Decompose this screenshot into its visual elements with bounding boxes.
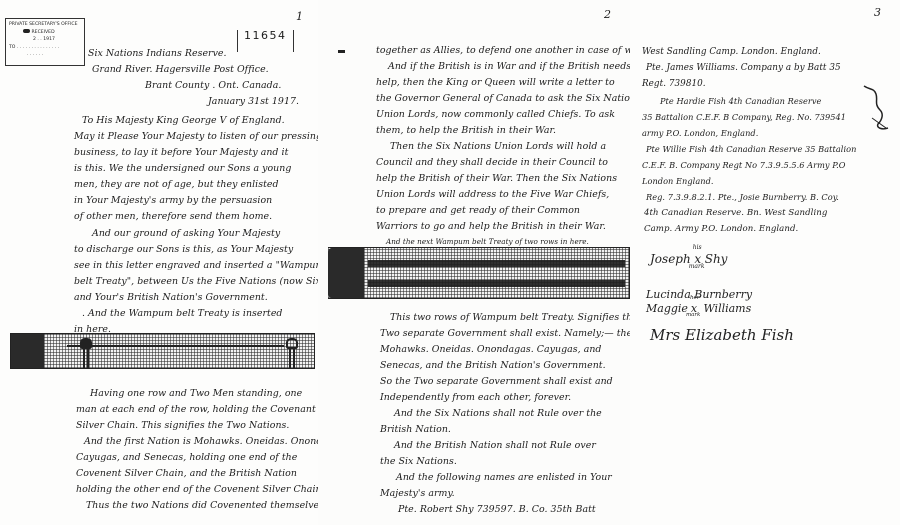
body-line: British Nation.: [380, 422, 451, 438]
body-line: Thus the two Nations did Covenented them…: [86, 498, 327, 514]
body-line: London England.: [642, 174, 714, 190]
body-line: Union Lords will address to the Five War…: [376, 187, 609, 203]
body-line: 35 Battalion C.E.F. B Company, Reg. No. …: [642, 110, 846, 126]
body-line: This two rows of Wampum belt Treaty. Sig…: [390, 310, 638, 326]
wampum-belt-two-rows: [328, 247, 630, 299]
body-line: Regt. 739810.: [642, 77, 706, 93]
body-line: belt Treaty", between Us the Five Nation…: [74, 274, 325, 290]
stamp-line: RECEIVED: [9, 29, 81, 37]
body-line: business, to lay it before Your Majesty …: [74, 145, 288, 161]
body-line: them, to help the British in their War.: [376, 123, 556, 139]
body-line: Union Lords, now commonly called Chiefs.…: [376, 107, 615, 123]
body-line: 4th Canadian Reserve. Bn. West Sandling: [644, 206, 827, 222]
address-line: Brant County . Ont. Canada.: [145, 78, 281, 94]
body-line: to discharge our Sons is this, as Your M…: [74, 242, 293, 258]
body-line: help, then the King or Queen will write …: [376, 75, 615, 91]
body-line: And the first Nation is Mohawks. Oneidas…: [84, 434, 345, 450]
body-line: Cayugas, and Senecas, holding one end of…: [76, 450, 297, 466]
address-line: Grand River. Hagersville Post Office.: [92, 62, 269, 78]
enlistee-entry: Reg. 7.3.9.8.2.1. Pte., Josie Burnberry.…: [646, 190, 839, 206]
wampum-belt-one-row: [10, 333, 315, 369]
body-line: men, they are not of age, but they enlis…: [74, 177, 279, 193]
body-line: Independently from each other, forever.: [380, 390, 571, 406]
body-line: Council and they shall decide in their C…: [376, 155, 608, 171]
stamp-line: 2 . . 1917: [9, 36, 81, 44]
body-line: Senecas, and the British Nation's Govern…: [380, 358, 606, 374]
stamp-line: TO . . . . . . . . . . . . . . .: [9, 44, 81, 52]
body-line: to prepare and get ready of their Common: [376, 203, 580, 219]
page-number: 3: [874, 6, 881, 19]
standing-man-figure: [283, 338, 301, 368]
letter-page-2-lower: This two rows of Wampum belt Treaty. Sig…: [318, 300, 630, 525]
belt-end-dark: [328, 248, 364, 298]
body-line: army P.O. London, England.: [642, 126, 758, 142]
body-line: the Six Nations.: [380, 454, 457, 470]
body-line: . And the Wampum belt Treaty is inserted: [82, 306, 283, 322]
stamp-line: PRIVATE SECRETARY'S OFFICE: [9, 21, 81, 29]
letter-page-1: PRIVATE SECRETARY'S OFFICE RECEIVED 2 . …: [0, 0, 318, 525]
file-number: 11654: [237, 30, 294, 52]
body-line: in Your Majesty's army by the persuasion: [74, 193, 272, 209]
standing-man-figure: [77, 338, 95, 368]
margin-bracket-mark: [862, 84, 892, 134]
body-line: holding the other end of the Covenent Si…: [76, 482, 325, 498]
body-line: And the following names are enlisted in …: [396, 470, 612, 486]
body-line: see in this letter engraved and inserted…: [74, 258, 324, 274]
signature-joseph-shy: JosephhisxmarkShy: [650, 252, 727, 266]
body-line: So the Two separate Government shall exi…: [380, 374, 613, 390]
body-line: And the British Nation shall not Rule ov…: [394, 438, 596, 454]
body-line: Two separate Government shall exist. Nam…: [380, 326, 632, 342]
enlistee-entry: Pte Willie Fish 4th Canadian Reserve 35 …: [646, 142, 856, 158]
body-line: the Governor General of Canada to ask th…: [376, 91, 636, 107]
body-line: And our ground of asking Your Majesty: [92, 226, 280, 242]
body-line: and Your's British Nation's Government.: [74, 290, 268, 306]
address-line: Six Nations Indians Reserve.: [88, 46, 227, 62]
enlistee-entry: Pte. James Williams. Company a by Batt 3…: [646, 61, 841, 77]
body-line: C.E.F. B. Company Regt No 7.3.9.5.5.6 Ar…: [642, 158, 846, 174]
belt-end-dark: [11, 334, 44, 368]
signature-elizabeth-fish: Mrs Elizabeth Fish: [650, 326, 794, 344]
letter-page-3: 3 West Sandling Camp. London. England. P…: [630, 0, 900, 525]
ink-mark: [338, 50, 345, 53]
covenant-chain: [67, 345, 284, 347]
belt-row-two: [368, 280, 625, 287]
body-line: Covenent Silver Chain, and the British N…: [76, 466, 297, 482]
received-stamp: PRIVATE SECRETARY'S OFFICE RECEIVED 2 . …: [5, 18, 85, 66]
enlistee-entry: Pte. Robert Shy 739597. B. Co. 35th Batt: [398, 502, 596, 518]
stamp-line: . . . . . .: [9, 51, 81, 59]
body-line: Majesty's army.: [380, 486, 455, 502]
salutation: To His Majesty King George V of England.: [82, 113, 285, 129]
signature-maggie-williams: Maggieherxmark Williams: [646, 302, 751, 315]
body-line: of other men, therefore send them home.: [74, 209, 272, 225]
body-line: And if the British is in War and if the …: [388, 59, 634, 75]
body-line: Mohawks. Oneidas. Onondagas. Cayugas, an…: [380, 342, 601, 358]
body-line: help the British of their War. Then the …: [376, 171, 617, 187]
page-number: 1: [296, 10, 303, 23]
body-line: man at each end of the row, holding the …: [76, 402, 316, 418]
body-line: Camp. Army P.O. London. England.: [644, 222, 798, 238]
body-line: Then the Six Nations Union Lords will ho…: [390, 139, 606, 155]
body-line: And the Six Nations shall not Rule over …: [394, 406, 602, 422]
letter-date: January 31st 1917.: [208, 94, 299, 110]
body-line: together as Allies, to defend one anothe…: [376, 43, 645, 59]
enlistee-entry: Pte Hardie Fish 4th Canadian Reserve: [660, 94, 821, 110]
ink-blot: [23, 29, 30, 33]
body-line: is this. We the undersigned our Sons a y…: [74, 161, 291, 177]
body-line: West Sandling Camp. London. England.: [642, 45, 821, 61]
body-line: Having one row and Two Men standing, one: [90, 386, 302, 402]
body-line: Silver Chain. This signifies the Two Nat…: [76, 418, 289, 434]
page-number: 2: [604, 8, 611, 21]
body-line: Warriors to go and help the British in t…: [376, 219, 606, 235]
belt-row-one: [368, 260, 625, 267]
body-line: May it Please Your Majesty to listen of …: [74, 129, 322, 145]
